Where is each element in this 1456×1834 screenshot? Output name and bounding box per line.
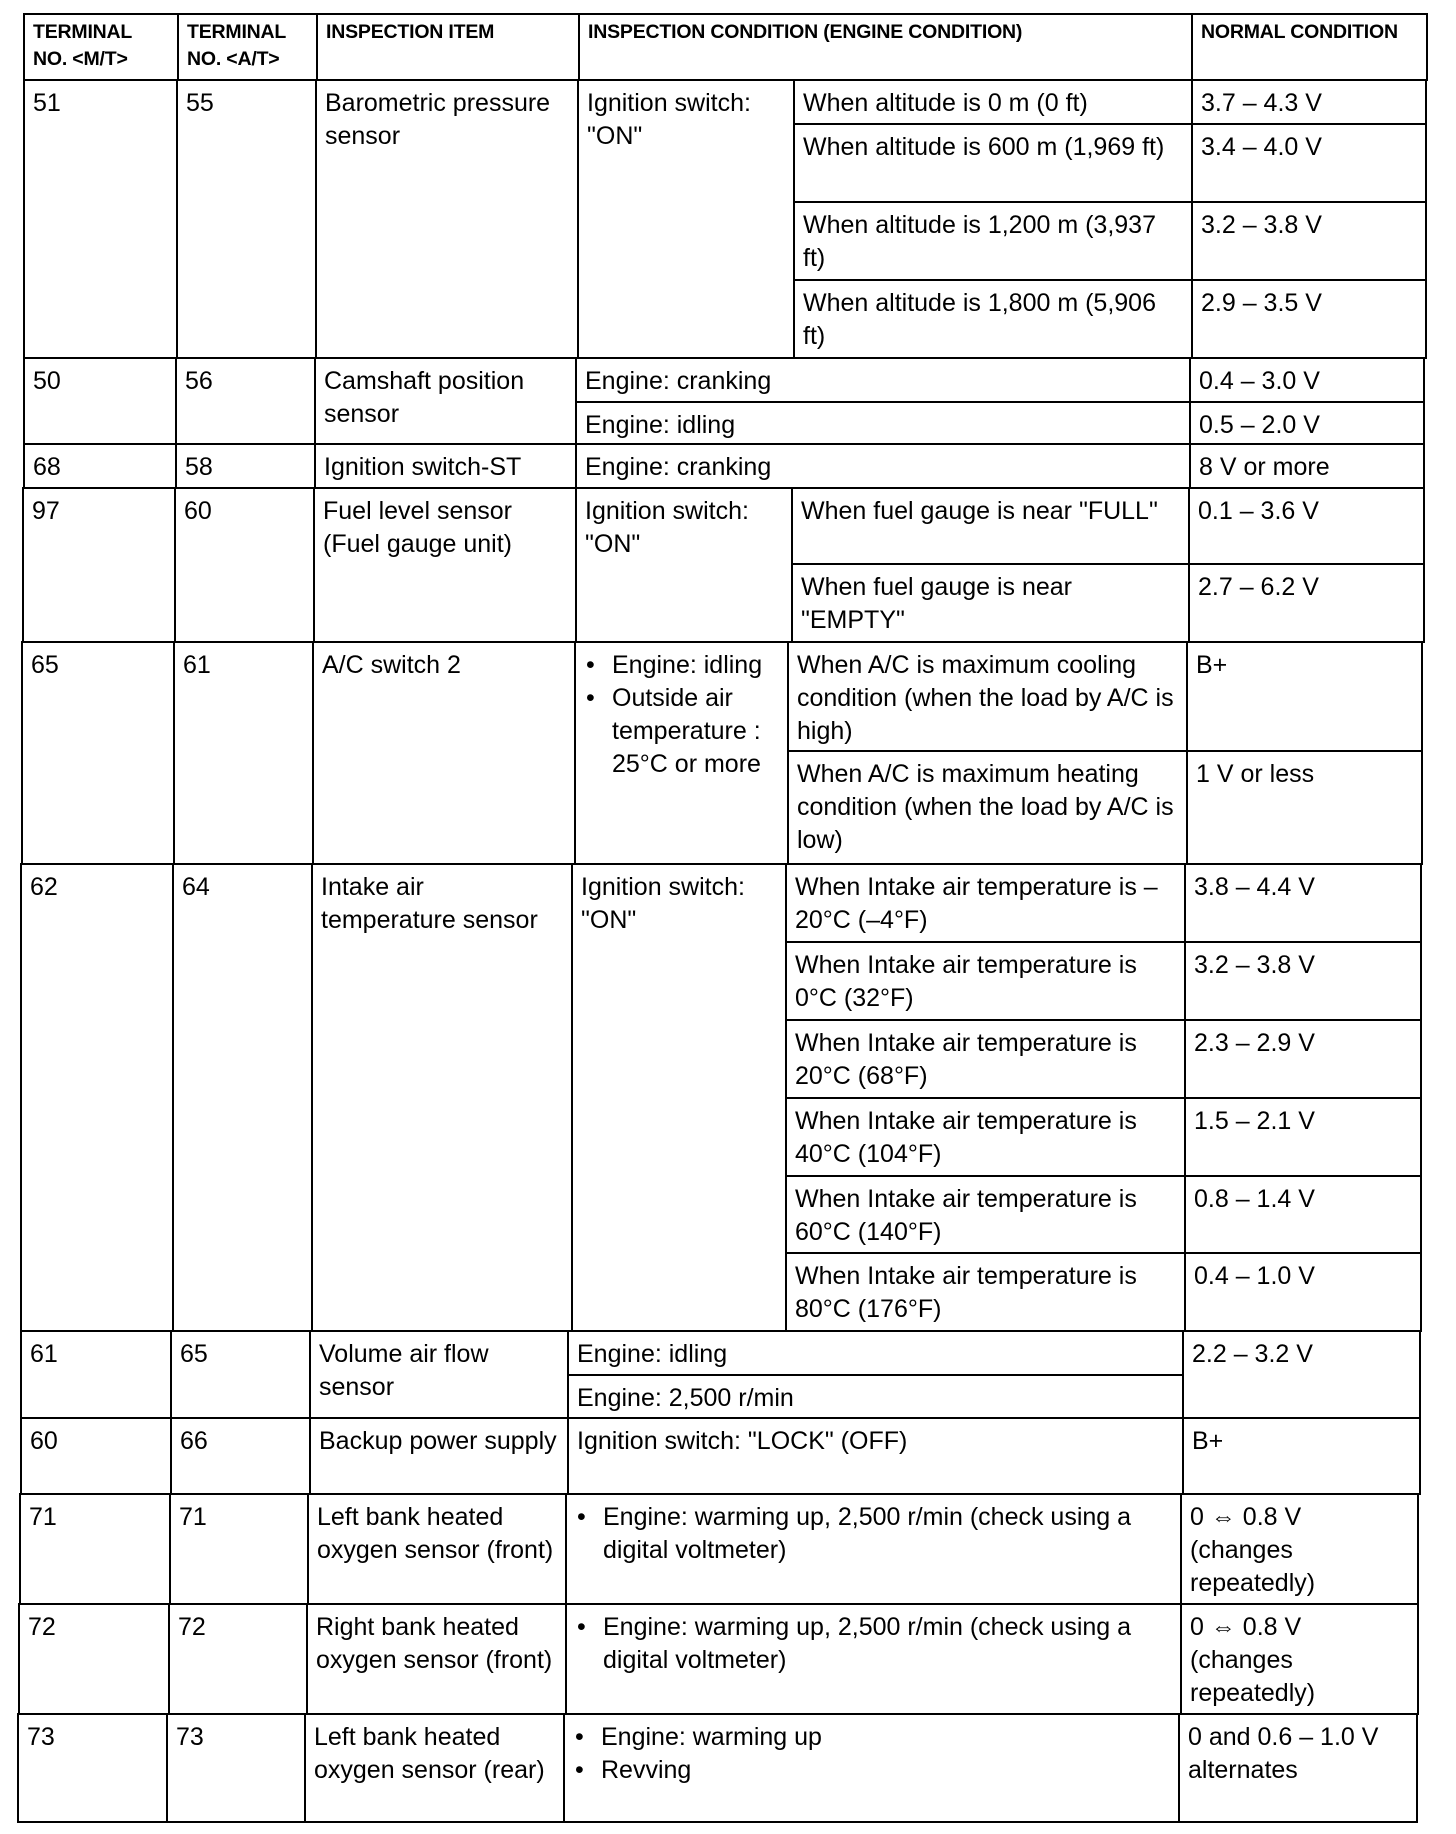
header-terminal-at: TERMINAL NO. <A/T> [177, 13, 318, 81]
sub-condition-cell: When A/C is maximum heating condition (w… [787, 750, 1188, 865]
sub-condition-cell: When Intake air temperature is 0°C (32°F… [785, 941, 1186, 1021]
normal-condition-cell: 2.3 – 2.9 V [1184, 1019, 1422, 1099]
sub-condition-cell: When Intake air temperature is –20°C (–4… [785, 863, 1186, 943]
terminal-mt-cell: 61 [20, 1330, 172, 1419]
normal-condition-cell: B+ [1186, 641, 1423, 752]
sub-condition-cell: Engine: cranking [575, 357, 1191, 403]
inspection-item-cell: Backup power supply [309, 1417, 569, 1495]
inspection-condition-cell: Ignition switch: "ON" [577, 79, 795, 359]
sub-condition-cell: When fuel gauge is near "FULL" [791, 487, 1190, 565]
header-terminal-mt: TERMINAL NO. <M/T> [23, 13, 179, 81]
terminal-at-cell: 73 [166, 1713, 306, 1823]
bullet-item: Engine: warming up, 2,500 r/min (check u… [575, 1611, 1172, 1677]
normal-condition-cell: 3.2 – 3.8 V [1191, 201, 1427, 281]
sub-condition-cell: When altitude is 1,200 m (3,937 ft) [793, 201, 1193, 281]
bullet-item: Engine: warming up, 2,500 r/min (check u… [575, 1501, 1172, 1567]
terminal-mt-cell: 62 [20, 863, 174, 1332]
normal-condition-cell: 3.7 – 4.3 V [1191, 79, 1427, 125]
terminal-at-cell: 55 [176, 79, 317, 359]
bullet-list: Engine: idlingOutside air temperature : … [584, 649, 779, 781]
normal-condition-cell: 0 ⇔ 0.8 V (changes repeatedly) [1180, 1493, 1419, 1605]
terminal-mt-cell: 72 [18, 1603, 170, 1715]
terminal-at-cell: 65 [170, 1330, 311, 1419]
sub-condition-cell: Ignition switch: "LOCK" (OFF) [567, 1417, 1184, 1495]
inspection-condition-cell: Engine: idlingOutside air temperature : … [574, 641, 789, 865]
sub-condition-cell: Engine: warming up, 2,500 r/min (check u… [565, 1493, 1182, 1605]
sub-condition-cell: When Intake air temperature is 40°C (104… [785, 1097, 1186, 1177]
sub-condition-cell: When fuel gauge is near "EMPTY" [791, 563, 1190, 643]
bullet-list: Engine: warming up, 2,500 r/min (check u… [575, 1501, 1172, 1567]
inspection-item-cell: Intake air temperature sensor [311, 863, 573, 1332]
sub-condition-cell: Engine: cranking [575, 443, 1191, 489]
sub-condition-cell: When Intake air temperature is 60°C (140… [785, 1175, 1186, 1254]
normal-condition-cell: 0.8 – 1.4 V [1184, 1175, 1422, 1254]
normal-condition-cell: 8 V or more [1189, 443, 1425, 489]
terminal-mt-cell: 73 [17, 1713, 168, 1823]
sub-condition-cell: Engine: idling [567, 1330, 1184, 1376]
inspection-item-cell: Barometric pressure sensor [315, 79, 579, 359]
terminal-at-cell: 61 [173, 641, 314, 865]
normal-condition-cell: 0.4 – 1.0 V [1184, 1252, 1422, 1332]
sub-condition-cell: Engine: 2,500 r/min [567, 1374, 1184, 1419]
inspection-item-cell: Right bank heated oxygen sensor (front) [306, 1603, 567, 1715]
inspection-condition-cell: Ignition switch: "ON" [571, 863, 787, 1332]
terminal-mt-cell: 51 [23, 79, 178, 359]
normal-condition-cell: 0 and 0.6 – 1.0 V alternates [1178, 1713, 1418, 1823]
bullet-list: Engine: warming up, 2,500 r/min (check u… [575, 1611, 1172, 1677]
terminal-at-cell: 71 [169, 1493, 309, 1605]
terminal-at-cell: 56 [175, 357, 316, 445]
sub-condition-cell: Engine: warming upRevving [563, 1713, 1180, 1823]
terminal-mt-cell: 50 [23, 357, 177, 445]
normal-condition-cell: 0 ⇔ 0.8 V (changes repeatedly) [1180, 1603, 1419, 1715]
inspection-item-cell: Ignition switch-ST [314, 443, 577, 489]
terminal-mt-cell: 97 [22, 487, 176, 643]
normal-condition-cell: 2.9 – 3.5 V [1191, 279, 1427, 359]
bullet-item: Engine: warming up [573, 1721, 1170, 1754]
sub-condition-cell: Engine: warming up, 2,500 r/min (check u… [565, 1603, 1182, 1715]
terminal-mt-cell: 60 [20, 1417, 172, 1495]
terminal-mt-cell: 65 [21, 641, 175, 865]
terminal-at-cell: 64 [172, 863, 313, 1332]
inspection-item-cell: Camshaft position sensor [314, 357, 577, 445]
inspection-item-cell: Volume air flow sensor [309, 1330, 569, 1419]
bullet-item: Revving [573, 1754, 1170, 1787]
header-inspection-condition: INSPECTION CONDITION (ENGINE CONDITION) [578, 13, 1193, 81]
inspection-item-cell: Left bank heated oxygen sensor (front) [307, 1493, 567, 1605]
normal-condition-cell: 3.8 – 4.4 V [1184, 863, 1422, 943]
normal-condition-cell: B+ [1182, 1417, 1421, 1495]
sub-condition-cell: When A/C is maximum cooling condition (w… [787, 641, 1188, 752]
terminal-at-cell: 66 [170, 1417, 311, 1495]
header-normal-condition: NORMAL CONDITION [1191, 13, 1428, 81]
inspection-item-cell: A/C switch 2 [312, 641, 576, 865]
terminal-at-cell: 58 [175, 443, 316, 489]
normal-condition-cell: 0.4 – 3.0 V [1189, 357, 1425, 403]
bullet-list: Engine: warming upRevving [573, 1721, 1170, 1787]
normal-condition-cell: 0.5 – 2.0 V [1189, 401, 1425, 445]
terminal-at-cell: 72 [168, 1603, 308, 1715]
inspection-item-cell: Left bank heated oxygen sensor (rear) [304, 1713, 565, 1823]
normal-condition-cell: 1 V or less [1186, 750, 1423, 865]
sub-condition-cell: When Intake air temperature is 20°C (68°… [785, 1019, 1186, 1099]
normal-condition-cell: 1.5 – 2.1 V [1184, 1097, 1422, 1177]
sub-condition-cell: When altitude is 600 m (1,969 ft) [793, 123, 1193, 203]
bullet-item: Engine: idling [584, 649, 779, 682]
normal-condition-cell: 2.7 – 6.2 V [1188, 563, 1425, 643]
terminal-at-cell: 60 [174, 487, 315, 643]
normal-condition-cell: 3.4 – 4.0 V [1191, 123, 1427, 203]
normal-condition-cell: 0.1 – 3.6 V [1188, 487, 1425, 565]
sub-condition-cell: When altitude is 1,800 m (5,906 ft) [793, 279, 1193, 359]
sub-condition-cell: Engine: idling [575, 401, 1191, 445]
normal-condition-cell: 3.2 – 3.8 V [1184, 941, 1422, 1021]
terminal-inspection-table: TERMINAL NO. <M/T>TERMINAL NO. <A/T>INSP… [0, 0, 1456, 1834]
terminal-mt-cell: 71 [19, 1493, 171, 1605]
terminal-mt-cell: 68 [23, 443, 177, 489]
inspection-condition-cell: Ignition switch: "ON" [575, 487, 793, 643]
bullet-item: Outside air temperature : 25°C or more [584, 682, 779, 781]
sub-condition-cell: When Intake air temperature is 80°C (176… [785, 1252, 1186, 1332]
header-inspection-item: INSPECTION ITEM [316, 13, 580, 81]
normal-condition-cell: 2.2 – 3.2 V [1182, 1330, 1421, 1419]
sub-condition-cell: When altitude is 0 m (0 ft) [793, 79, 1193, 125]
inspection-item-cell: Fuel level sensor (Fuel gauge unit) [313, 487, 577, 643]
